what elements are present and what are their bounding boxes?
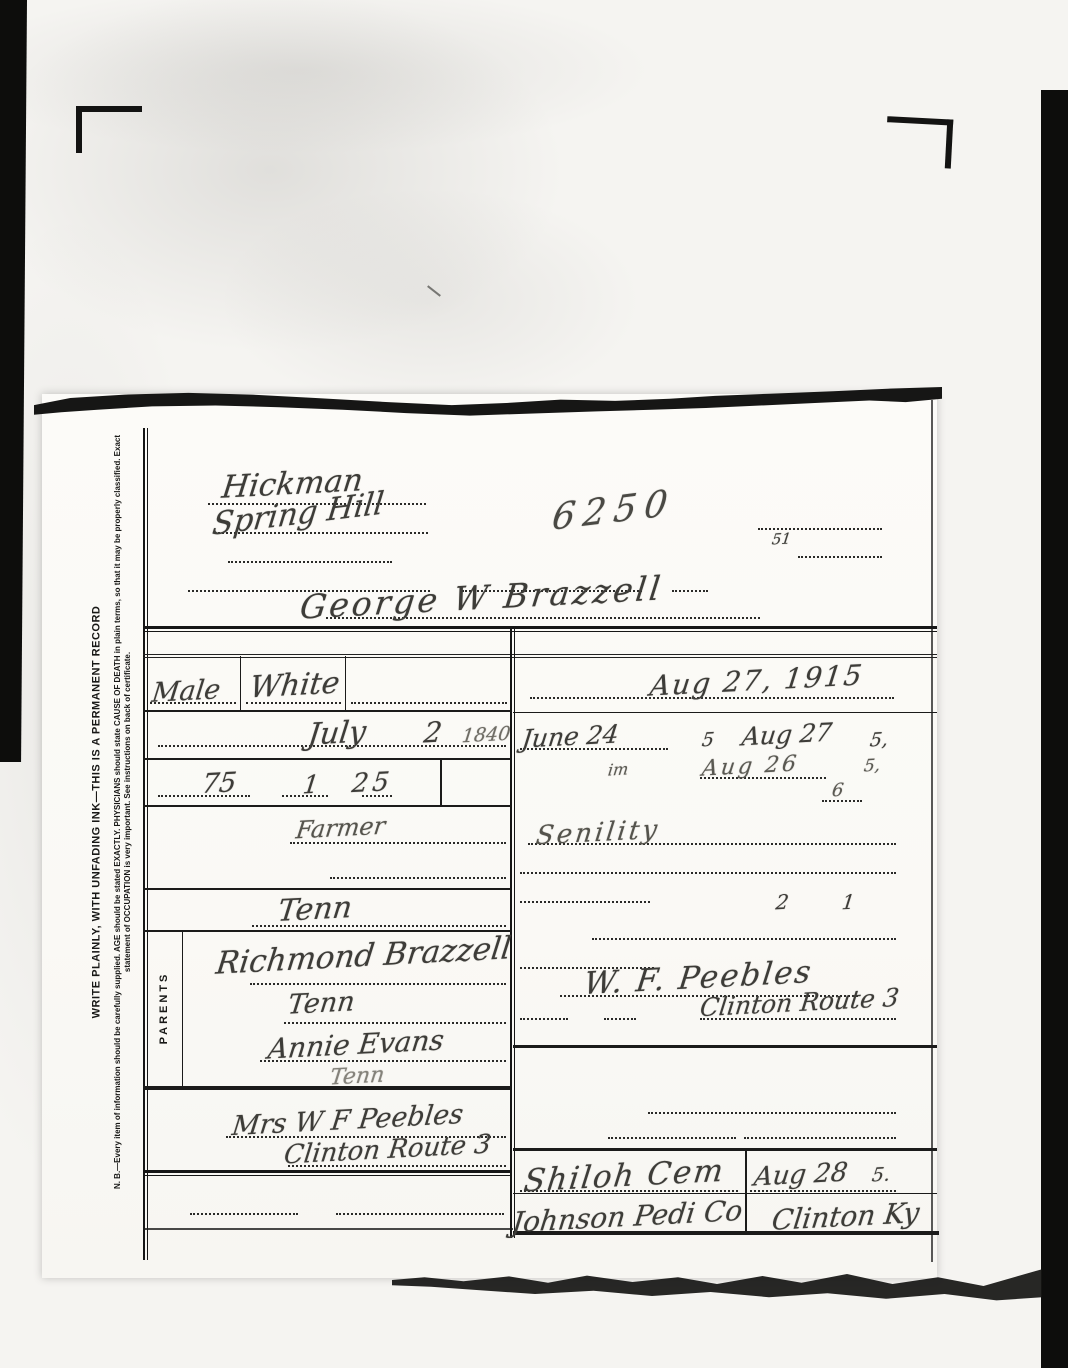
header-divider-rule — [143, 626, 937, 632]
age-years-value: 75 — [200, 767, 238, 800]
right-scan-edge-bar — [1041, 90, 1068, 1368]
last-saw-date-hw: Aug 26 — [701, 751, 801, 781]
form-left-border — [143, 428, 148, 1260]
date-of-burial-value: Aug 28 — [752, 1157, 849, 1192]
margin-note-permanent-record: WRITE PLAINLY, WITH UNFADING INK—THIS IS… — [91, 425, 105, 1200]
burial-year-hw: 5. — [871, 1163, 892, 1186]
last-saw-year-hw: 5, — [863, 755, 882, 776]
certificate-right-edge-line — [931, 400, 933, 1262]
attended-to-year-hw: 5, — [869, 728, 890, 751]
attended-from-value: June 24 — [520, 719, 620, 753]
scratch-mark — [427, 285, 441, 296]
occupation-value: Farmer — [294, 812, 387, 845]
attended-to-value: Aug 27 — [740, 718, 833, 752]
parents-label: PARENTS — [158, 938, 172, 1078]
sex-value: Male — [150, 674, 222, 709]
race-value: White — [248, 666, 342, 706]
corner-mark-top-right — [885, 116, 958, 172]
birthplace-value: Tenn — [276, 890, 354, 929]
duration-days-hw: 1 — [841, 890, 857, 915]
mother-birthplace-value: Tenn — [328, 1062, 385, 1090]
duration-months-hw: 2 — [775, 890, 791, 915]
scanned-death-certificate: WRITE PLAINLY, WITH UNFADING INK—THIS IS… — [0, 0, 1068, 1368]
left-scan-edge-bar — [0, 0, 27, 762]
corner-mark-top-left — [76, 106, 146, 156]
registered-no-value: 51 — [771, 529, 792, 548]
dob-year-value: 1840 — [461, 723, 512, 748]
father-birthplace-value: Tenn — [286, 986, 356, 1021]
column-title-rule — [143, 654, 937, 658]
margin-note-instructions: N. B.—Every item of information should b… — [113, 417, 135, 1207]
last-saw-him-hw: im — [607, 759, 630, 779]
age-days-value: 25 — [350, 767, 395, 799]
dob-month-value: July — [306, 714, 368, 752]
